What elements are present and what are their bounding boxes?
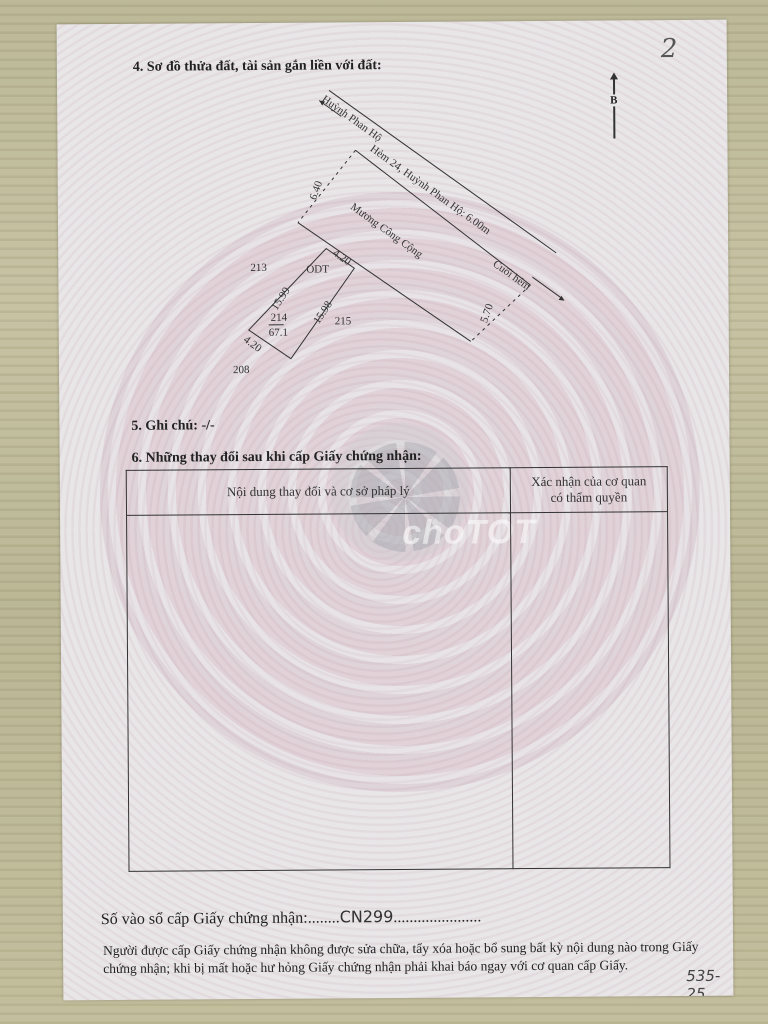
section-5-title: 5. Ghi chú: -/- <box>131 418 214 435</box>
handwritten-code: 535-25 <box>686 967 733 1001</box>
ditch-width-right: 5.70 <box>478 302 496 325</box>
neighbor-208: 208 <box>233 364 250 376</box>
column-header-authority-confirmation: Xác nhận của cơ quan có thẩm quyền <box>510 467 667 513</box>
registration-number-line: Số vào sổ cấp Giấy chứng nhận:........CN… <box>101 906 482 929</box>
ditch-width-left: 6.40 <box>307 179 325 202</box>
registration-number: CN299 <box>340 907 394 926</box>
alley-end-label: Cuối hẻm <box>491 258 533 293</box>
dots: ........ <box>308 909 340 926</box>
dots: ...................... <box>393 908 481 926</box>
cell-authority-confirmation <box>511 512 670 869</box>
cell-change-content <box>127 513 513 872</box>
registration-label: Số vào sổ cấp Giấy chứng nhận: <box>101 910 308 928</box>
parcel-area: 67.1 <box>269 327 288 339</box>
column-header-line-2: có thẩm quyền <box>551 489 628 505</box>
plot-diagram: Huỳnh Phan Hộ Hẻm 24, Huỳnh Phan Hộ: 6.0… <box>57 20 730 425</box>
parcel-left-length: 15.99 <box>269 285 293 313</box>
column-header-change-content: Nội dung thay đổi và cơ sở pháp lý <box>126 468 510 516</box>
legal-notice: Người được cấp Giấy chứng nhận không đượ… <box>103 938 723 978</box>
neighbor-213: 213 <box>250 262 267 274</box>
table-row-empty <box>127 512 670 872</box>
neighbor-215: 215 <box>335 315 352 327</box>
road-label: Huỳnh Phan Hộ <box>319 93 384 144</box>
column-header-line-1: Xác nhận của cơ quan <box>531 473 646 489</box>
section-6-title: 6. Những thay đổi sau khi cấp Giấy chứng… <box>132 449 422 467</box>
parcel-number: 214 <box>271 312 288 324</box>
ditch-label: Mương Công Cộng <box>348 201 425 261</box>
land-type: ODT <box>306 263 329 275</box>
parcel-back-length: 4.20 <box>241 334 264 355</box>
parcel-right-length: 15.98 <box>311 299 335 327</box>
changes-table: Nội dung thay đổi và cơ sở pháp lý Xác n… <box>126 466 671 872</box>
certificate-page: choTOT 2 4. Sơ đồ thửa đất, tài sản gắn … <box>57 20 734 1001</box>
